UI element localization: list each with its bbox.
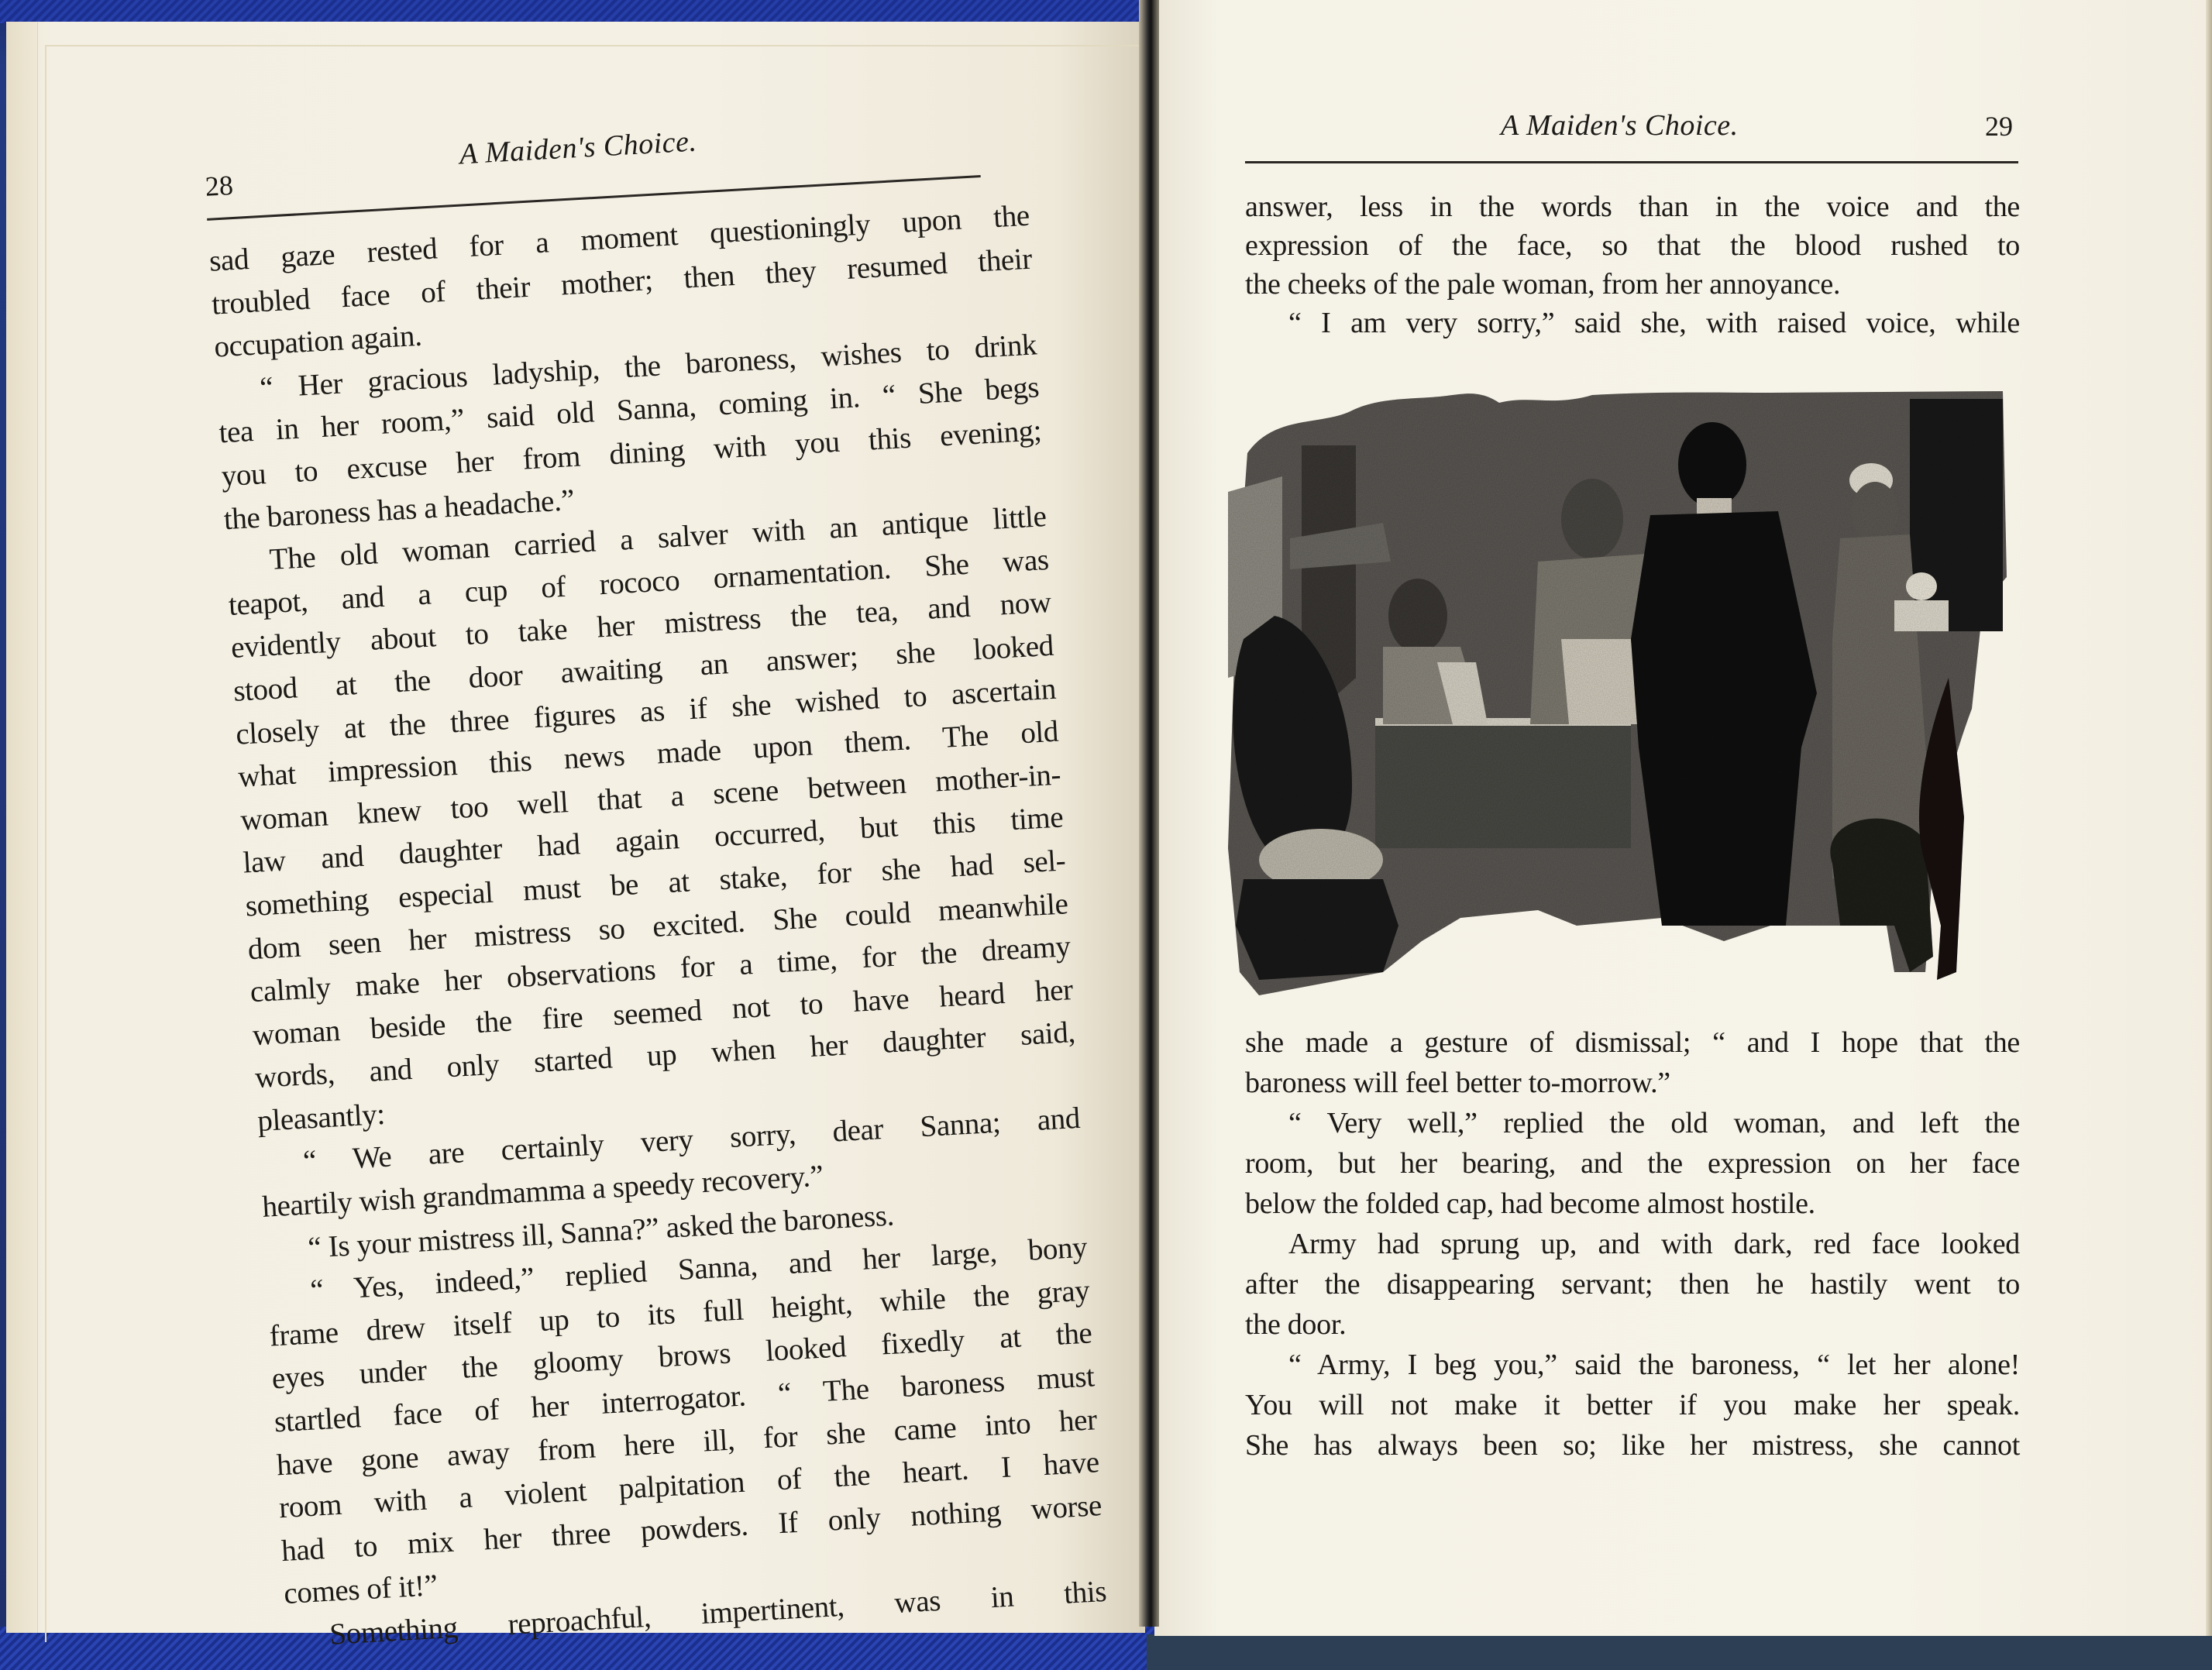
text-line: “ I am very sorry,” said she, with raise… (1245, 304, 2020, 342)
page-outer-edge (2206, 0, 2212, 1636)
text-line: She has always been so; like her mistres… (1245, 1425, 2020, 1466)
text-line: room, but her bearing, and the expressio… (1245, 1143, 2020, 1184)
text-line: the cheeks of the pale woman, from her a… (1245, 265, 2020, 304)
text-line: the door. (1245, 1304, 2020, 1345)
right-page-content: A Maiden's Choice. 29 answer, less in th… (1245, 108, 2020, 342)
page-stack-edge (6, 22, 38, 1633)
header-rule (1245, 161, 2018, 163)
right-body-text-bottom: she made a gesture of dismissal; “ and I… (1245, 1022, 2020, 1466)
text-line: Army had sprung up, and with dark, red f… (1245, 1224, 2020, 1264)
right-page-content-lower: she made a gesture of dismissal; “ and I… (1245, 1022, 2020, 1466)
text-line: “ Army, I beg you,” said the baroness, “… (1245, 1345, 2020, 1385)
left-page-content: 28 A Maiden's Choice. sad gaze rested fo… (203, 101, 1107, 1659)
page-number: 29 (1985, 110, 2013, 143)
text-line: You will not make it better if you make … (1245, 1385, 2020, 1425)
illustration-engraving (1228, 383, 2038, 1003)
engraving-icon (1228, 383, 2038, 1003)
text-line: after the disappearing servant; then he … (1245, 1264, 2020, 1304)
text-line: below the folded cap, had become almost … (1245, 1184, 2020, 1224)
text-line: “ Very well,” replied the old woman, and… (1245, 1103, 2020, 1143)
right-running-head: A Maiden's Choice. 29 (1245, 108, 2020, 217)
running-title: A Maiden's Choice. (1501, 108, 1739, 143)
text-line: baroness will feel better to-morrow.” (1245, 1063, 2020, 1103)
page-number: 28 (205, 169, 234, 203)
left-body-text: sad gaze rested for a moment questioning… (208, 194, 1108, 1659)
book-gutter (1139, 0, 1159, 1627)
text-line: she made a gesture of dismissal; “ and I… (1245, 1022, 2020, 1063)
background-surface (1147, 1634, 2212, 1670)
cloth-cover-top (0, 0, 1147, 23)
text-line: expression of the face, so that the bloo… (1245, 226, 2020, 265)
running-title: A Maiden's Choice. (459, 124, 698, 171)
book-scan: 28 A Maiden's Choice. sad gaze rested fo… (0, 0, 2212, 1670)
